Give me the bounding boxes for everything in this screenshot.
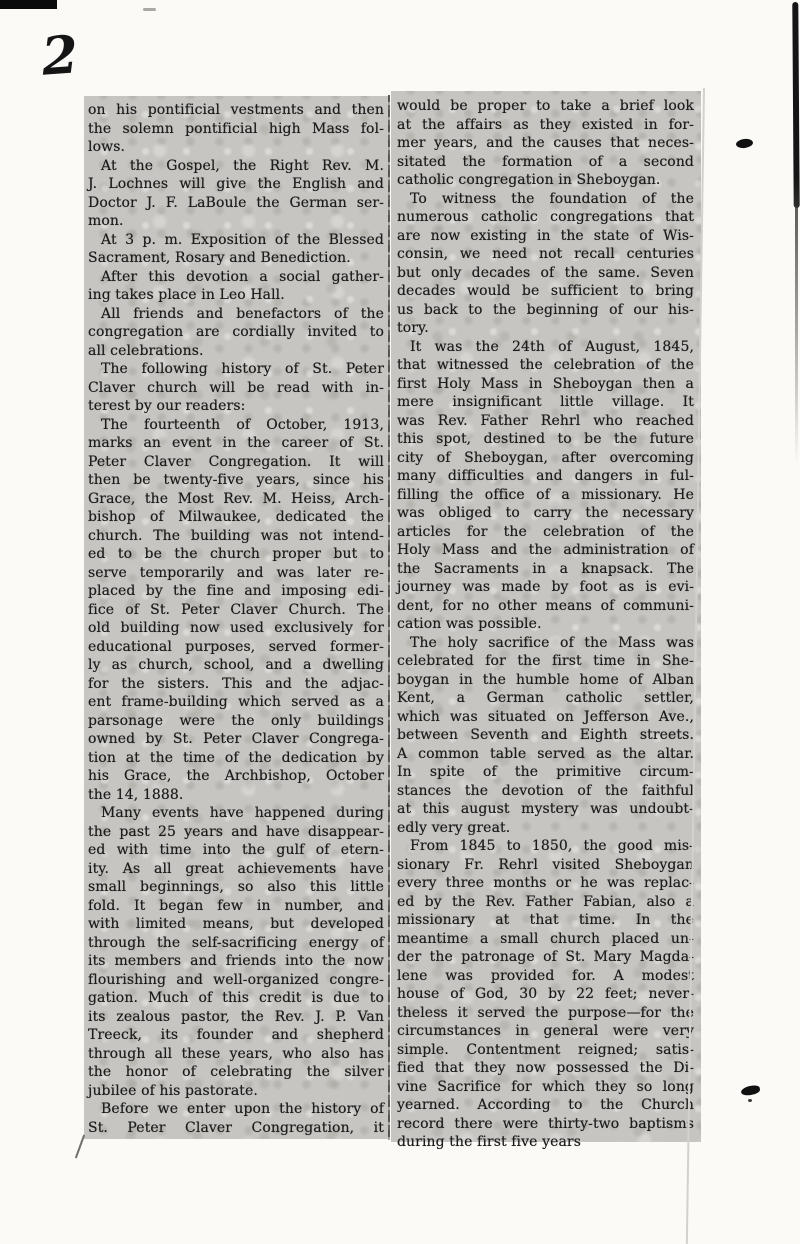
text-line: The fourteenth of October, 1913, [88,416,384,435]
scanned-page: 2 on his pontificial vestments and thent… [0,0,800,1244]
text-line: during the first five years [397,1133,694,1152]
text-line: To witness the foundation of the [397,190,694,209]
text-line: between Seventh and Eighth streets. [397,726,694,745]
text-line: which was situated on Jefferson Ave., [397,708,694,727]
text-line: through all these years, who also has [88,1045,384,1064]
ink-dot [748,1099,752,1102]
text-line: Grace, the Most Rev. M. Heiss, Arch- [88,490,384,509]
text-line: der the patronage of St. Mary Magda- [397,948,694,967]
text-line: mon. [88,212,384,231]
text-line: many difficulties and dangers in ful- [397,467,694,486]
text-line: yearned. According to the Church [397,1096,694,1115]
text-line: every three months or he was replac- [397,874,694,893]
ink-blot-top [736,138,754,149]
scanner-edge-bar [0,0,57,9]
text-line: numerous catholic congregations that [397,208,694,227]
text-line: At the Gospel, the Right Rev. M. [88,157,384,176]
text-line: tion at the time of the dedication by [88,749,384,768]
scan-edge-line [792,2,799,208]
text-line: bishop of Milwaukee, dedicated the [88,508,384,527]
text-line: Kent, a German catholic settler, [397,689,694,708]
text-line: celebrated for the first time in She- [397,652,694,671]
text-line: for the sisters. This and the adjac- [88,675,384,694]
ink-blot-bottom [740,1085,760,1097]
text-line: with limited means, but developed [88,915,384,934]
text-line: journey was made by foot as is evi- [397,578,694,597]
text-line: fice of St. Peter Claver Church. The [88,601,384,620]
text-line: edly very great. [397,819,694,838]
text-line: this spot, destined to be the future [397,430,694,449]
text-line: at the affairs as they existed in for- [397,116,694,135]
text-line: through the self-sacrificing energy of [88,934,384,953]
text-line: ed to be the church proper but to [88,545,384,564]
text-line: all celebrations. [88,342,384,361]
text-line: would be proper to take a brief look [397,97,694,116]
text-line: A common table served as the altar. [397,745,694,764]
text-line: sitated the formation of a second [397,153,694,172]
text-line: marks an event in the career of St. [88,434,384,453]
newspaper-column-right: would be proper to take a brief lookat t… [391,91,701,1142]
text-line: Many events have happened during [88,804,384,823]
text-line: small beginnings, so also this little [88,878,384,897]
text-line: was obliged to carry the necessary [397,504,694,523]
text-line: old building now used exclusively for [88,619,384,638]
text-line: the Sacraments in a knapsack. The [397,560,694,579]
text-line: gation. Much of this credit is due to [88,989,384,1008]
text-line: ing takes place in Leo Hall. [88,286,384,305]
text-line: house of God, 30 by 22 feet; never- [397,985,694,1004]
text-line: ent frame-building which served as a [88,693,384,712]
handwritten-page-number: 2 [40,24,94,91]
text-line: All friends and benefactors of the [88,305,384,324]
text-line: In spite of the primitive circum- [397,763,694,782]
text-line: From 1845 to 1850, the good mis- [397,837,694,856]
text-line: placed by the fine and imposing edi- [88,582,384,601]
text-line: St. Peter Claver Congregation, it [88,1119,384,1138]
text-line: educational purposes, served former- [88,638,384,657]
text-line: city of Sheboygan, after overcoming [397,449,694,468]
text-line: Claver church will be read with in- [88,379,384,398]
text-line: lene was provided for. A modest [397,967,694,986]
text-line: Holy Mass and the administration of [397,541,694,560]
text-line: record there were thirty-two baptisms [397,1115,694,1134]
text-line: J. Lochnes will give the English and [88,175,384,194]
text-line: was Rev. Father Rehrl who reached [397,412,694,431]
text-line: the past 25 years and have disappear- [88,823,384,842]
text-line: terest by our readers: [88,397,384,416]
text-line: but only decades of the same. Seven [397,264,694,283]
text-line: decades would be sufficient to bring [397,282,694,301]
text-line: ed with time into the gulf of etern- [88,841,384,860]
text-line: on his pontificial vestments and then [88,101,384,120]
text-line: ity. As all great achievements have [88,860,384,879]
text-line: the 14, 1888. [88,786,384,805]
text-line: catholic congregation in Sheboygan. [397,171,694,190]
handwritten-slash-mark [75,1134,85,1158]
text-line: the solemn pontificial high Mass fol- [88,120,384,139]
text-line: cation was possible. [397,615,694,634]
text-line: fold. It began few in number, and [88,897,384,916]
text-line: parsonage were the only buildings [88,712,384,731]
text-line: lows. [88,138,384,157]
text-line: mere insignificant little village. It [397,393,694,412]
text-line: tory. [397,319,694,338]
scan-edge-line-fade [795,205,798,465]
pencil-dash-mark [143,8,156,11]
text-line: sionary Fr. Rehrl visited Sheboygan [397,856,694,875]
text-line: theless it served the purpose—for the [397,1004,694,1023]
text-line: ed by the Rev. Father Fabian, also a [397,893,694,912]
text-line: missionary at that time. In the [397,911,694,930]
text-line: jubilee of his pastorate. [88,1082,384,1101]
text-line: meantime a small church placed un- [397,930,694,949]
text-line: congregation are cordially invited to [88,323,384,342]
text-line: Peter Claver Congregation. It will [88,453,384,472]
text-line: fied that they now possessed the Di- [397,1059,694,1078]
text-line: Sacrament, Rosary and Benediction. [88,249,384,268]
text-line: articles for the celebration of the [397,523,694,542]
text-line: The following history of St. Peter [88,360,384,379]
text-line: Doctor J. F. LaBoule the German ser- [88,194,384,213]
text-line: church. The building was not intend- [88,527,384,546]
text-line: filling the office of a missionary. He [397,486,694,505]
text-line: stances the devotion of the faithful [397,782,694,801]
text-line: flourishing and well-organized congre- [88,971,384,990]
text-line: its members and friends into the now [88,952,384,971]
text-line: Before we enter upon the history of [88,1100,384,1119]
text-line: are now existing in the state of Wis- [397,227,694,246]
text-line: ly as church, school, and a dwelling [88,656,384,675]
text-line: the honor of celebrating the silver [88,1063,384,1082]
text-line: serve temporarily and was later re- [88,564,384,583]
text-line: that witnessed the celebration of the [397,356,694,375]
text-line: consin, we need not recall centuries [397,245,694,264]
text-line: mer years, and the causes that neces- [397,134,694,153]
newspaper-column-left: on his pontificial vestments and thenthe… [84,96,389,1139]
text-line: us back to the beginning of our his- [397,301,694,320]
text-line: circumstances in general were very [397,1022,694,1041]
text-line: At 3 p. m. Exposition of the Blessed [88,231,384,250]
text-line: its zealous pastor, the Rev. J. P. Van [88,1008,384,1027]
text-line: his Grace, the Archbishop, October [88,767,384,786]
text-line: Treeck, its founder and shepherd [88,1026,384,1045]
text-line: boygan in the humble home of Alban [397,671,694,690]
text-line: The holy sacrifice of the Mass was [397,634,694,653]
text-line: vine Sacrifice for which they so long [397,1078,694,1097]
text-line: simple. Contentment reigned; satis- [397,1041,694,1060]
text-line: dent, for no other means of communi- [397,597,694,616]
text-line: first Holy Mass in Sheboygan then a [397,375,694,394]
text-line: then be twenty-five years, since his [88,471,384,490]
text-line: It was the 24th of August, 1845, [397,338,694,357]
text-line: After this devotion a social gather- [88,268,384,287]
text-line: owned by St. Peter Claver Congrega- [88,730,384,749]
column-divider-rule [388,95,390,1140]
text-line: at this august mystery was undoubt- [397,800,694,819]
